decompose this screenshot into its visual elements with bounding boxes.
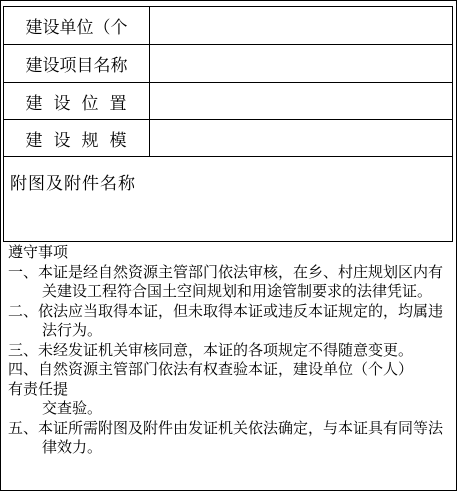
label-project-name: 建设项目名称 <box>4 45 150 82</box>
note-item-4-continuation: 有责任提 <box>8 380 456 400</box>
label-location: 建设位置 <box>4 83 150 119</box>
row-location: 建设位置 <box>4 83 452 120</box>
note-item-2: 二、依法应当取得本证，但未取得本证或违反本证规定的，均属违法行为。 <box>8 302 456 341</box>
value-location[interactable] <box>150 83 452 119</box>
info-table: 建设单位（个 建设项目名称 建设位置 建设规模 附图及附件名称 <box>3 6 453 242</box>
attachments-label: 附图及附件名称 <box>10 169 136 194</box>
row-scale: 建设规模 <box>4 120 452 157</box>
note-item-4: 四、自然资源主管部门依法有权查验本证，建设单位（个人） <box>8 360 456 380</box>
value-scale[interactable] <box>150 120 452 156</box>
attachments-section: 附图及附件名称 <box>4 157 452 241</box>
row-project-name: 建设项目名称 <box>4 45 452 83</box>
note-item-5: 五、本证所需附图及附件由发证机关依法确定，与本证具有同等法律效力。 <box>8 419 456 458</box>
notes-section: 遵守事项 一、本证是经自然资源主管部门依法审核，在乡、村庄规划区内有关建设工程符… <box>8 243 456 458</box>
note-item-4-continuation-2: 交查验。 <box>8 399 456 419</box>
label-scale: 建设规模 <box>4 120 150 156</box>
notes-title: 遵守事项 <box>8 243 456 263</box>
note-item-1: 一、本证是经自然资源主管部门依法审核，在乡、村庄规划区内有关建设工程符合国土空间… <box>8 263 456 302</box>
label-construction-unit: 建设单位（个 <box>4 7 150 44</box>
value-construction-unit[interactable] <box>150 7 452 44</box>
row-construction-unit: 建设单位（个 <box>4 7 452 45</box>
note-item-3: 三、未经发证机关审核同意，本证的各项规定不得随意变更。 <box>8 341 456 361</box>
value-project-name[interactable] <box>150 45 452 82</box>
